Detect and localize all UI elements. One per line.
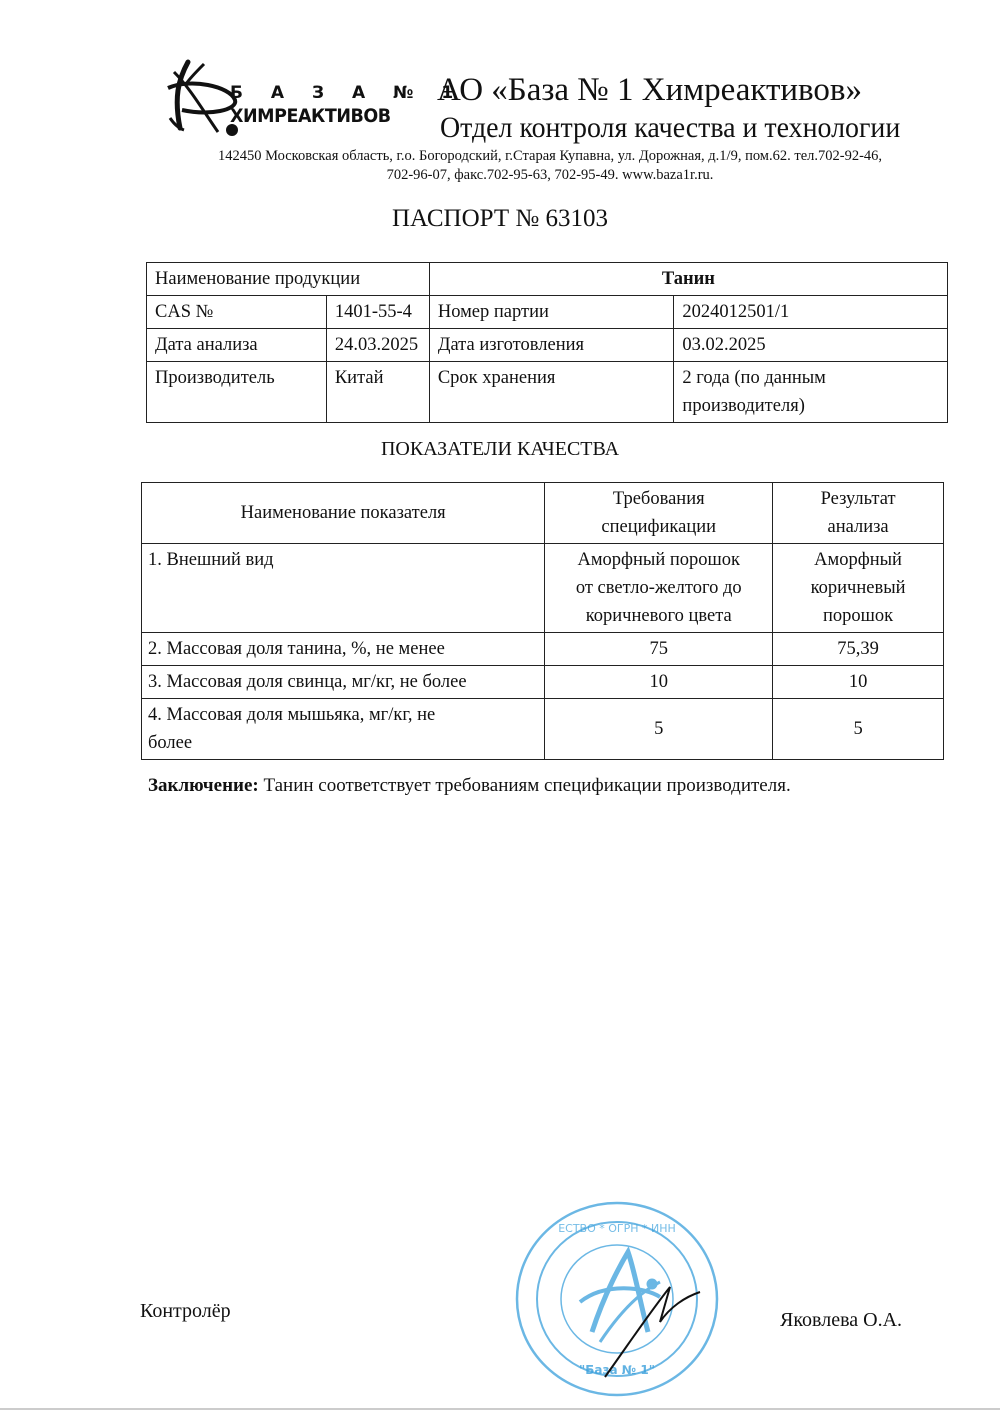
organization-name: АО «База № 1 Химреактивов»	[437, 70, 862, 110]
logo-line1: Б А З А № 1	[230, 83, 464, 103]
result-line: коричневый	[779, 574, 937, 602]
address-line1: 142450 Московская область, г.о. Богородс…	[150, 147, 950, 166]
logo-wordmark: Б А З А № 1 ХИМРЕАКТИВОВ	[230, 83, 464, 129]
indicator-line: 4. Массовая доля мышьяка, мг/кг, не	[148, 701, 538, 729]
controller-role: Контролёр	[140, 1300, 231, 1323]
shelf-life-value: 2 года (по данным производителя)	[674, 362, 948, 423]
quality-section-title: ПОКАЗАТЕЛИ КАЧЕСТВА	[0, 438, 1000, 461]
conclusion-text: Танин соответствует требованиям специфик…	[259, 775, 791, 796]
table-header-row: Наименование показателя Требования специ…	[142, 483, 944, 544]
result-line: порошок	[779, 602, 937, 630]
indicator-cell: 1. Внешний вид	[142, 544, 545, 633]
passport-title: ПАСПОРТ № 63103	[0, 205, 1000, 233]
spec-cell: 10	[545, 666, 773, 699]
page-bottom-edge	[0, 1408, 1000, 1410]
header-indicator: Наименование показателя	[142, 483, 545, 544]
indicator-cell: 4. Массовая доля мышьяка, мг/кг, не боле…	[142, 699, 545, 760]
analysis-date-value: 24.03.2025	[326, 329, 429, 362]
result-cell: 10	[773, 666, 944, 699]
spec-line: Аморфный порошок	[551, 546, 766, 574]
result-line: Аморфный	[779, 546, 937, 574]
cas-value: 1401-55-4	[326, 296, 429, 329]
batch-value: 2024012501/1	[674, 296, 948, 329]
header-spec: Требования спецификации	[545, 483, 773, 544]
company-stamp-icon: ЕСТВО * ОГРН * ИНН "База № 1"	[510, 1192, 725, 1407]
table-row: Производитель Китай Срок хранения 2 года…	[147, 362, 948, 423]
analysis-date-label: Дата анализа	[147, 329, 327, 362]
indicator-cell: 3. Массовая доля свинца, мг/кг, не более	[142, 666, 545, 699]
manufacture-date-value: 03.02.2025	[674, 329, 948, 362]
quality-indicators-table: Наименование показателя Требования специ…	[141, 482, 944, 760]
result-cell: 75,39	[773, 633, 944, 666]
manufacturer-value: Китай	[326, 362, 429, 423]
table-row: 1. Внешний вид Аморфный порошок от светл…	[142, 544, 944, 633]
header-result-line1: Результат	[779, 485, 937, 513]
spec-line: от светло-желтого до	[551, 574, 766, 602]
indicator-line: более	[148, 729, 538, 757]
table-row: CAS № 1401-55-4 Номер партии 2024012501/…	[147, 296, 948, 329]
spec-cell: 5	[545, 699, 773, 760]
shelf-life-line1: 2 года (по данным	[682, 364, 939, 392]
table-row: 3. Массовая доля свинца, мг/кг, не более…	[142, 666, 944, 699]
spec-cell: 75	[545, 633, 773, 666]
product-info-table: Наименование продукции Танин CAS № 1401-…	[146, 262, 948, 423]
stamp-bottom-text: "База № 1"	[579, 1363, 655, 1377]
manufacture-date-label: Дата изготовления	[429, 329, 674, 362]
header-result-line2: анализа	[779, 513, 937, 541]
header-result: Результат анализа	[773, 483, 944, 544]
address-block: 142450 Московская область, г.о. Богородс…	[150, 147, 950, 185]
product-name-label: Наименование продукции	[147, 263, 430, 296]
table-row: Дата анализа 24.03.2025 Дата изготовлени…	[147, 329, 948, 362]
logo-line2: ХИМРЕАКТИВОВ	[230, 103, 445, 129]
indicator-cell: 2. Массовая доля танина, %, не менее	[142, 633, 545, 666]
shelf-life-line2: производителя)	[682, 392, 939, 420]
result-cell: Аморфный коричневый порошок	[773, 544, 944, 633]
table-row: 4. Массовая доля мышьяка, мг/кг, не боле…	[142, 699, 944, 760]
spec-line: коричневого цвета	[551, 602, 766, 630]
conclusion-label: Заключение:	[148, 775, 259, 796]
manufacturer-label: Производитель	[147, 362, 327, 423]
table-row: 2. Массовая доля танина, %, не менее 75 …	[142, 633, 944, 666]
table-row: Наименование продукции Танин	[147, 263, 948, 296]
conclusion: Заключение: Танин соответствует требован…	[148, 775, 791, 797]
department-name: Отдел контроля качества и технологии	[440, 110, 900, 146]
spec-cell: Аморфный порошок от светло-желтого до ко…	[545, 544, 773, 633]
cas-label: CAS №	[147, 296, 327, 329]
address-line2: 702-96-07, факс.702-95-63, 702-95-49. ww…	[150, 166, 950, 185]
product-name-value: Танин	[429, 263, 947, 296]
result-cell: 5	[773, 699, 944, 760]
header-spec-line2: спецификации	[551, 513, 766, 541]
header-spec-line1: Требования	[551, 485, 766, 513]
signer-name: Яковлева О.А.	[780, 1309, 902, 1332]
passport-document: Б А З А № 1 ХИМРЕАКТИВОВ АО «База № 1 Хи…	[0, 0, 1000, 1415]
batch-label: Номер партии	[429, 296, 674, 329]
stamp-top-text: ЕСТВО * ОГРН * ИНН	[558, 1222, 676, 1235]
shelf-life-label: Срок хранения	[429, 362, 674, 423]
